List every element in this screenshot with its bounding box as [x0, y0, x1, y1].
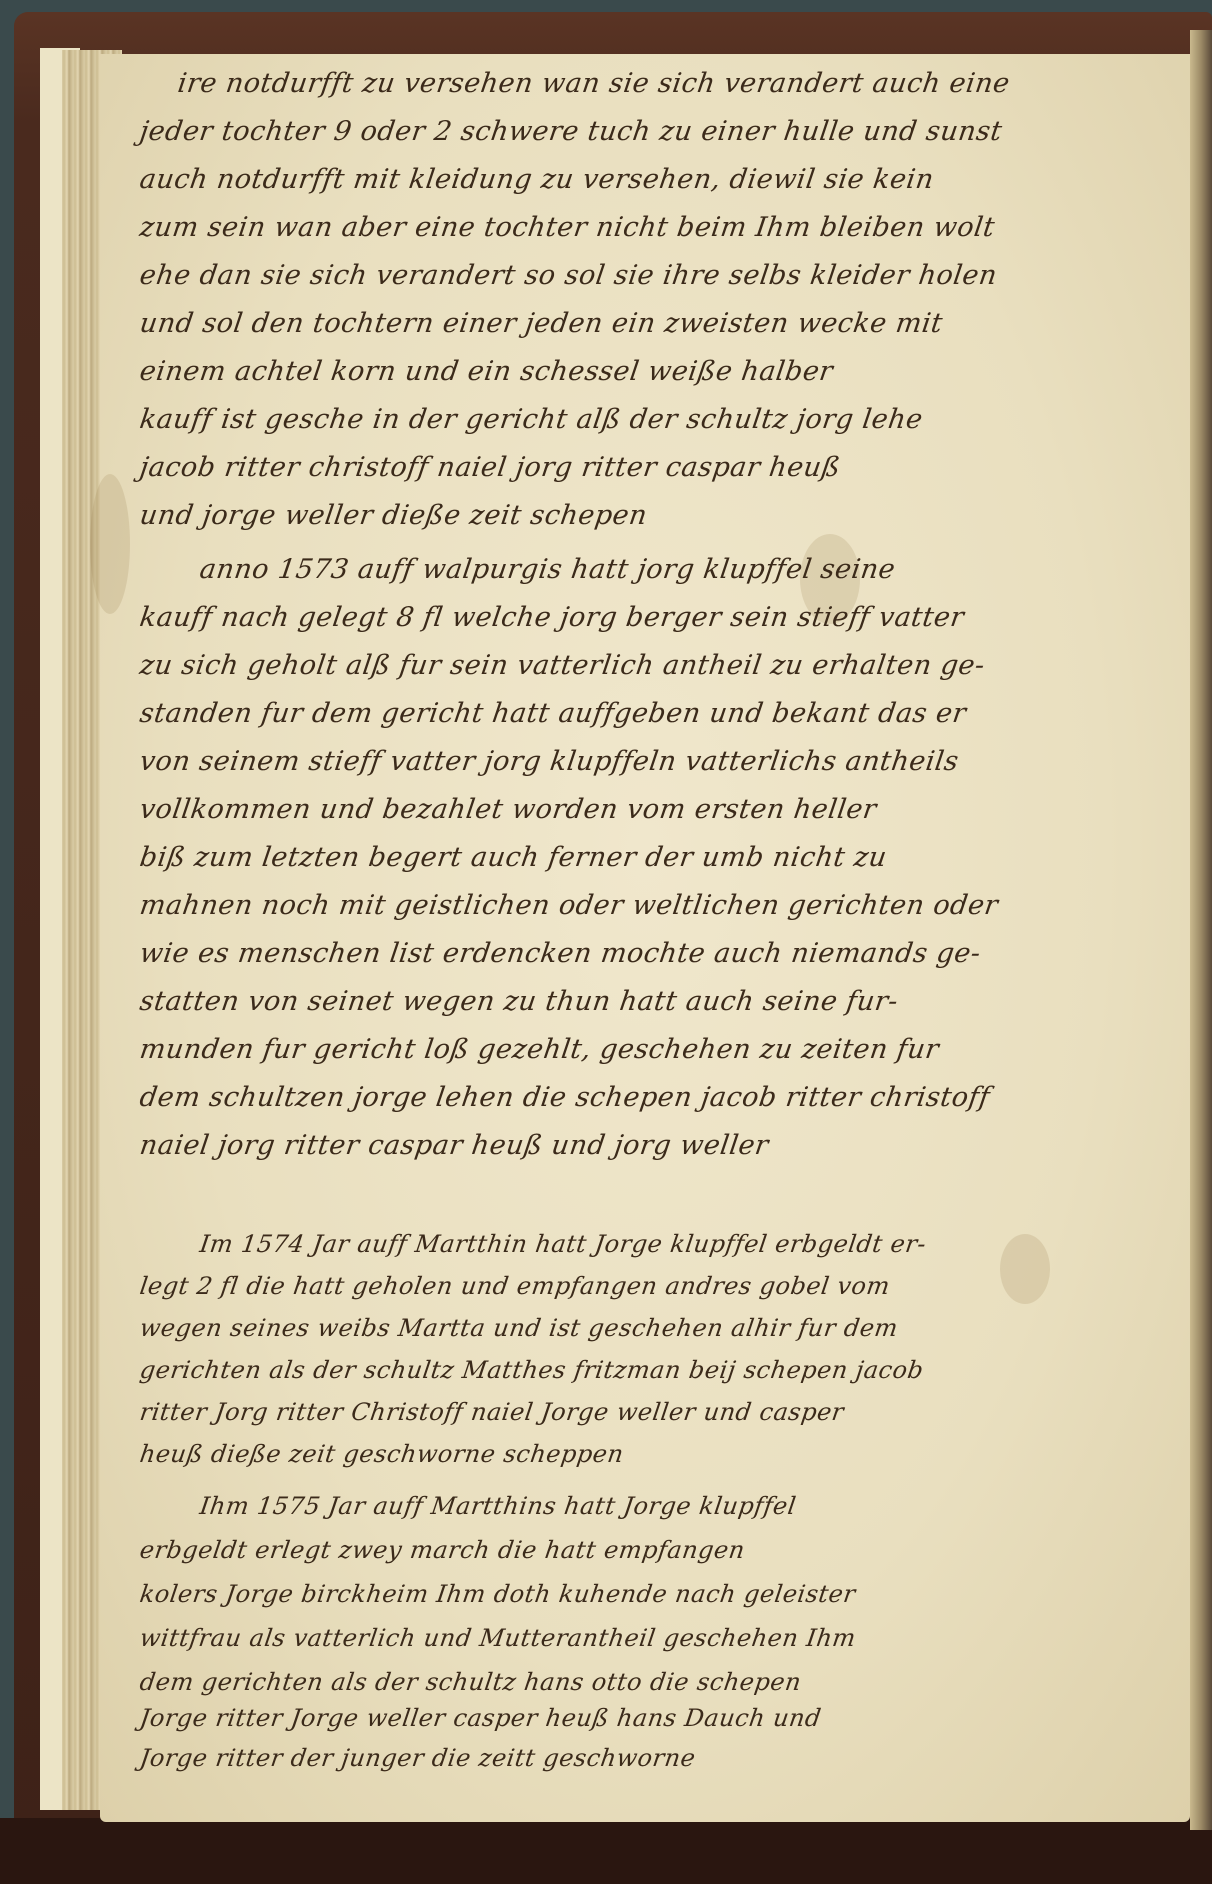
text-line: standen fur dem gericht hatt auffgeben u… [138, 698, 968, 729]
text-line: anno 1573 auff walpurgis hatt jorg klupf… [198, 554, 898, 585]
text-line: Jorge ritter der junger die zeitt geschw… [138, 1744, 697, 1772]
text-line: Jorge ritter Jorge weller casper heuß ha… [138, 1704, 823, 1732]
text-line: und sol den tochtern einer jeden ein zwe… [138, 308, 945, 339]
text-line: zum sein wan aber eine tochter nicht bei… [138, 212, 997, 243]
text-line: und jorge weller dieße zeit schepen [138, 500, 649, 531]
text-line: jacob ritter christoff naiel jorg ritter… [138, 452, 843, 483]
text-line: heuß dieße zeit geschworne scheppen [138, 1440, 625, 1468]
text-line: wie es menschen list erdencken mochte au… [138, 938, 983, 969]
text-line: ritter Jorg ritter Christoff naiel Jorge… [138, 1398, 846, 1426]
book-cover-bottom [0, 1818, 1212, 1884]
text-line: erbgeldt erlegt zwey march die hatt empf… [138, 1536, 747, 1564]
text-line: wittfrau als vatterlich und Mutteranthei… [138, 1624, 858, 1652]
text-line: biß zum letzten begert auch ferner der u… [138, 842, 889, 873]
text-line: Ihm 1575 Jar auff Martthins hatt Jorge k… [198, 1492, 798, 1520]
text-line: wegen seines weibs Martta und ist gesche… [138, 1314, 900, 1342]
text-line: kauff ist gesche in der gericht alß der … [138, 404, 925, 435]
manuscript-page: ire notdurfft zu versehen wan sie sich v… [100, 54, 1190, 1822]
text-line: dem schultzen jorge lehen die schepen ja… [138, 1082, 992, 1113]
text-line: einem achtel korn und ein schessel weiße… [138, 356, 835, 387]
text-line: Im 1574 Jar auff Martthin hatt Jorge klu… [198, 1230, 928, 1258]
text-line: mahnen noch mit geistlichen oder weltlic… [138, 890, 1000, 921]
paper-stain [90, 474, 130, 614]
text-line: zu sich geholt alß fur sein vatterlich a… [138, 650, 987, 681]
text-line: munden fur gericht loß gezehlt, geschehe… [138, 1034, 941, 1065]
text-line: naiel jorg ritter caspar heuß und jorg w… [138, 1130, 771, 1161]
right-page-edge [1190, 30, 1212, 1830]
text-line: kauff nach gelegt 8 fl welche jorg berge… [138, 602, 966, 633]
text-line: dem gerichten als der schultz hans otto … [138, 1668, 803, 1696]
text-line: legt 2 fl die hatt geholen und empfangen… [138, 1272, 892, 1300]
text-line: gerichten als der schultz Matthes fritzm… [138, 1356, 925, 1384]
text-line: auch notdurfft mit kleidung zu versehen,… [138, 164, 936, 195]
text-line: vollkommen und bezahlet worden vom erste… [138, 794, 879, 825]
text-line: von seinem stieff vatter jorg klupffeln … [138, 746, 961, 777]
text-line: ire notdurfft zu versehen wan sie sich v… [176, 68, 1012, 99]
text-line: statten von seinet wegen zu thun hatt au… [138, 986, 900, 1017]
paper-stain [1000, 1234, 1050, 1304]
text-line: jeder tochter 9 oder 2 schwere tuch zu e… [138, 116, 1004, 147]
text-line: kolers Jorge birckheim Ihm doth kuhende … [138, 1580, 857, 1608]
text-line: ehe dan sie sich verandert so sol sie ih… [138, 260, 999, 291]
